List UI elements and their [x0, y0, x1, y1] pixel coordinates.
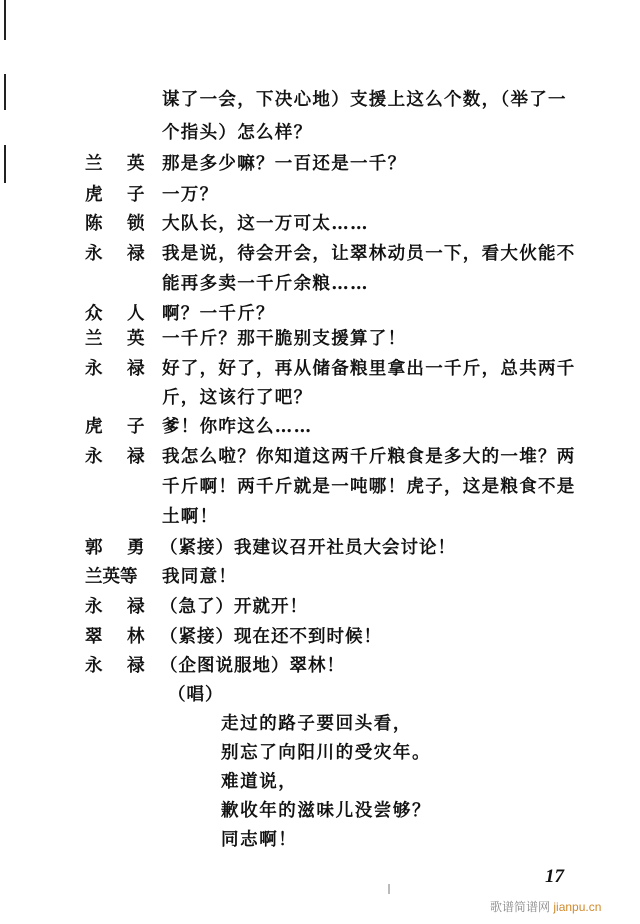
dialogue-line: 好了，好了，再从储备粮里拿出一千斤，总共两千 — [162, 357, 576, 381]
dialogue-line: 能再多卖一千斤余粮…… — [162, 272, 369, 296]
text-line: 谋了一会，下决心地）支援上这么个数，（举了一 — [162, 88, 567, 112]
stage-direction: （唱） — [168, 683, 224, 707]
song-line: 难道说， — [221, 770, 297, 794]
dialogue-line: 斤，这该行了吧？ — [162, 386, 312, 410]
dialogue-line: （急了）开就开！ — [160, 595, 308, 619]
dialogue-line: 我是说，待会开会，让翠林动员一下，看大伙能不 — [162, 242, 576, 266]
dialogue-line: 爹！你咋这么…… — [162, 415, 312, 439]
dialogue-line: （紧接）我建议召开社员大会讨论！ — [160, 536, 456, 560]
watermark-en: jianpu.cn — [553, 900, 601, 914]
dialogue-line: 那是多少嘛？一百还是一千？ — [162, 152, 406, 176]
binding-mark — [4, 0, 6, 40]
scan-mark — [388, 884, 390, 894]
dialogue-line: 大队长，这一万可太…… — [162, 212, 369, 236]
dialogue-line: 土啊！ — [162, 505, 218, 529]
dialogue-line: （企图说服地）翠林！ — [160, 654, 345, 678]
watermark: 歌谱简谱网 jianpu.cn — [490, 898, 601, 915]
page-number: 17 — [545, 866, 564, 888]
binding-mark — [4, 74, 6, 110]
binding-mark — [4, 145, 6, 183]
dialogue-line: 我怎么啦？你知道这两千斤粮食是多大的一堆？两 — [162, 445, 576, 469]
dialogue-line: 千斤啊！两千斤就是一吨哪！虎子，这是粮食不是 — [162, 475, 576, 499]
song-line: 歉收年的滋味儿没尝够？ — [221, 799, 431, 823]
dialogue-line: 我同意！ — [162, 565, 237, 589]
dialogue-line: 啊？一千斤？ — [162, 302, 275, 326]
dialogue-line: 一万？ — [162, 183, 218, 207]
song-line: 同志啊！ — [221, 828, 297, 852]
text-line: 个指头）怎么样？ — [162, 121, 312, 145]
dialogue-line: 一千斤？那干脆别支援算了！ — [162, 327, 406, 351]
speaker-name: 兰英等 — [85, 565, 138, 589]
song-line: 别忘了向阳川的受灾年。 — [221, 741, 431, 765]
watermark-cn: 歌谱简谱网 — [490, 900, 550, 914]
dialogue-line: （紧接）现在还不到时候！ — [160, 625, 382, 649]
song-line: 走过的路子要回头看， — [221, 712, 412, 736]
